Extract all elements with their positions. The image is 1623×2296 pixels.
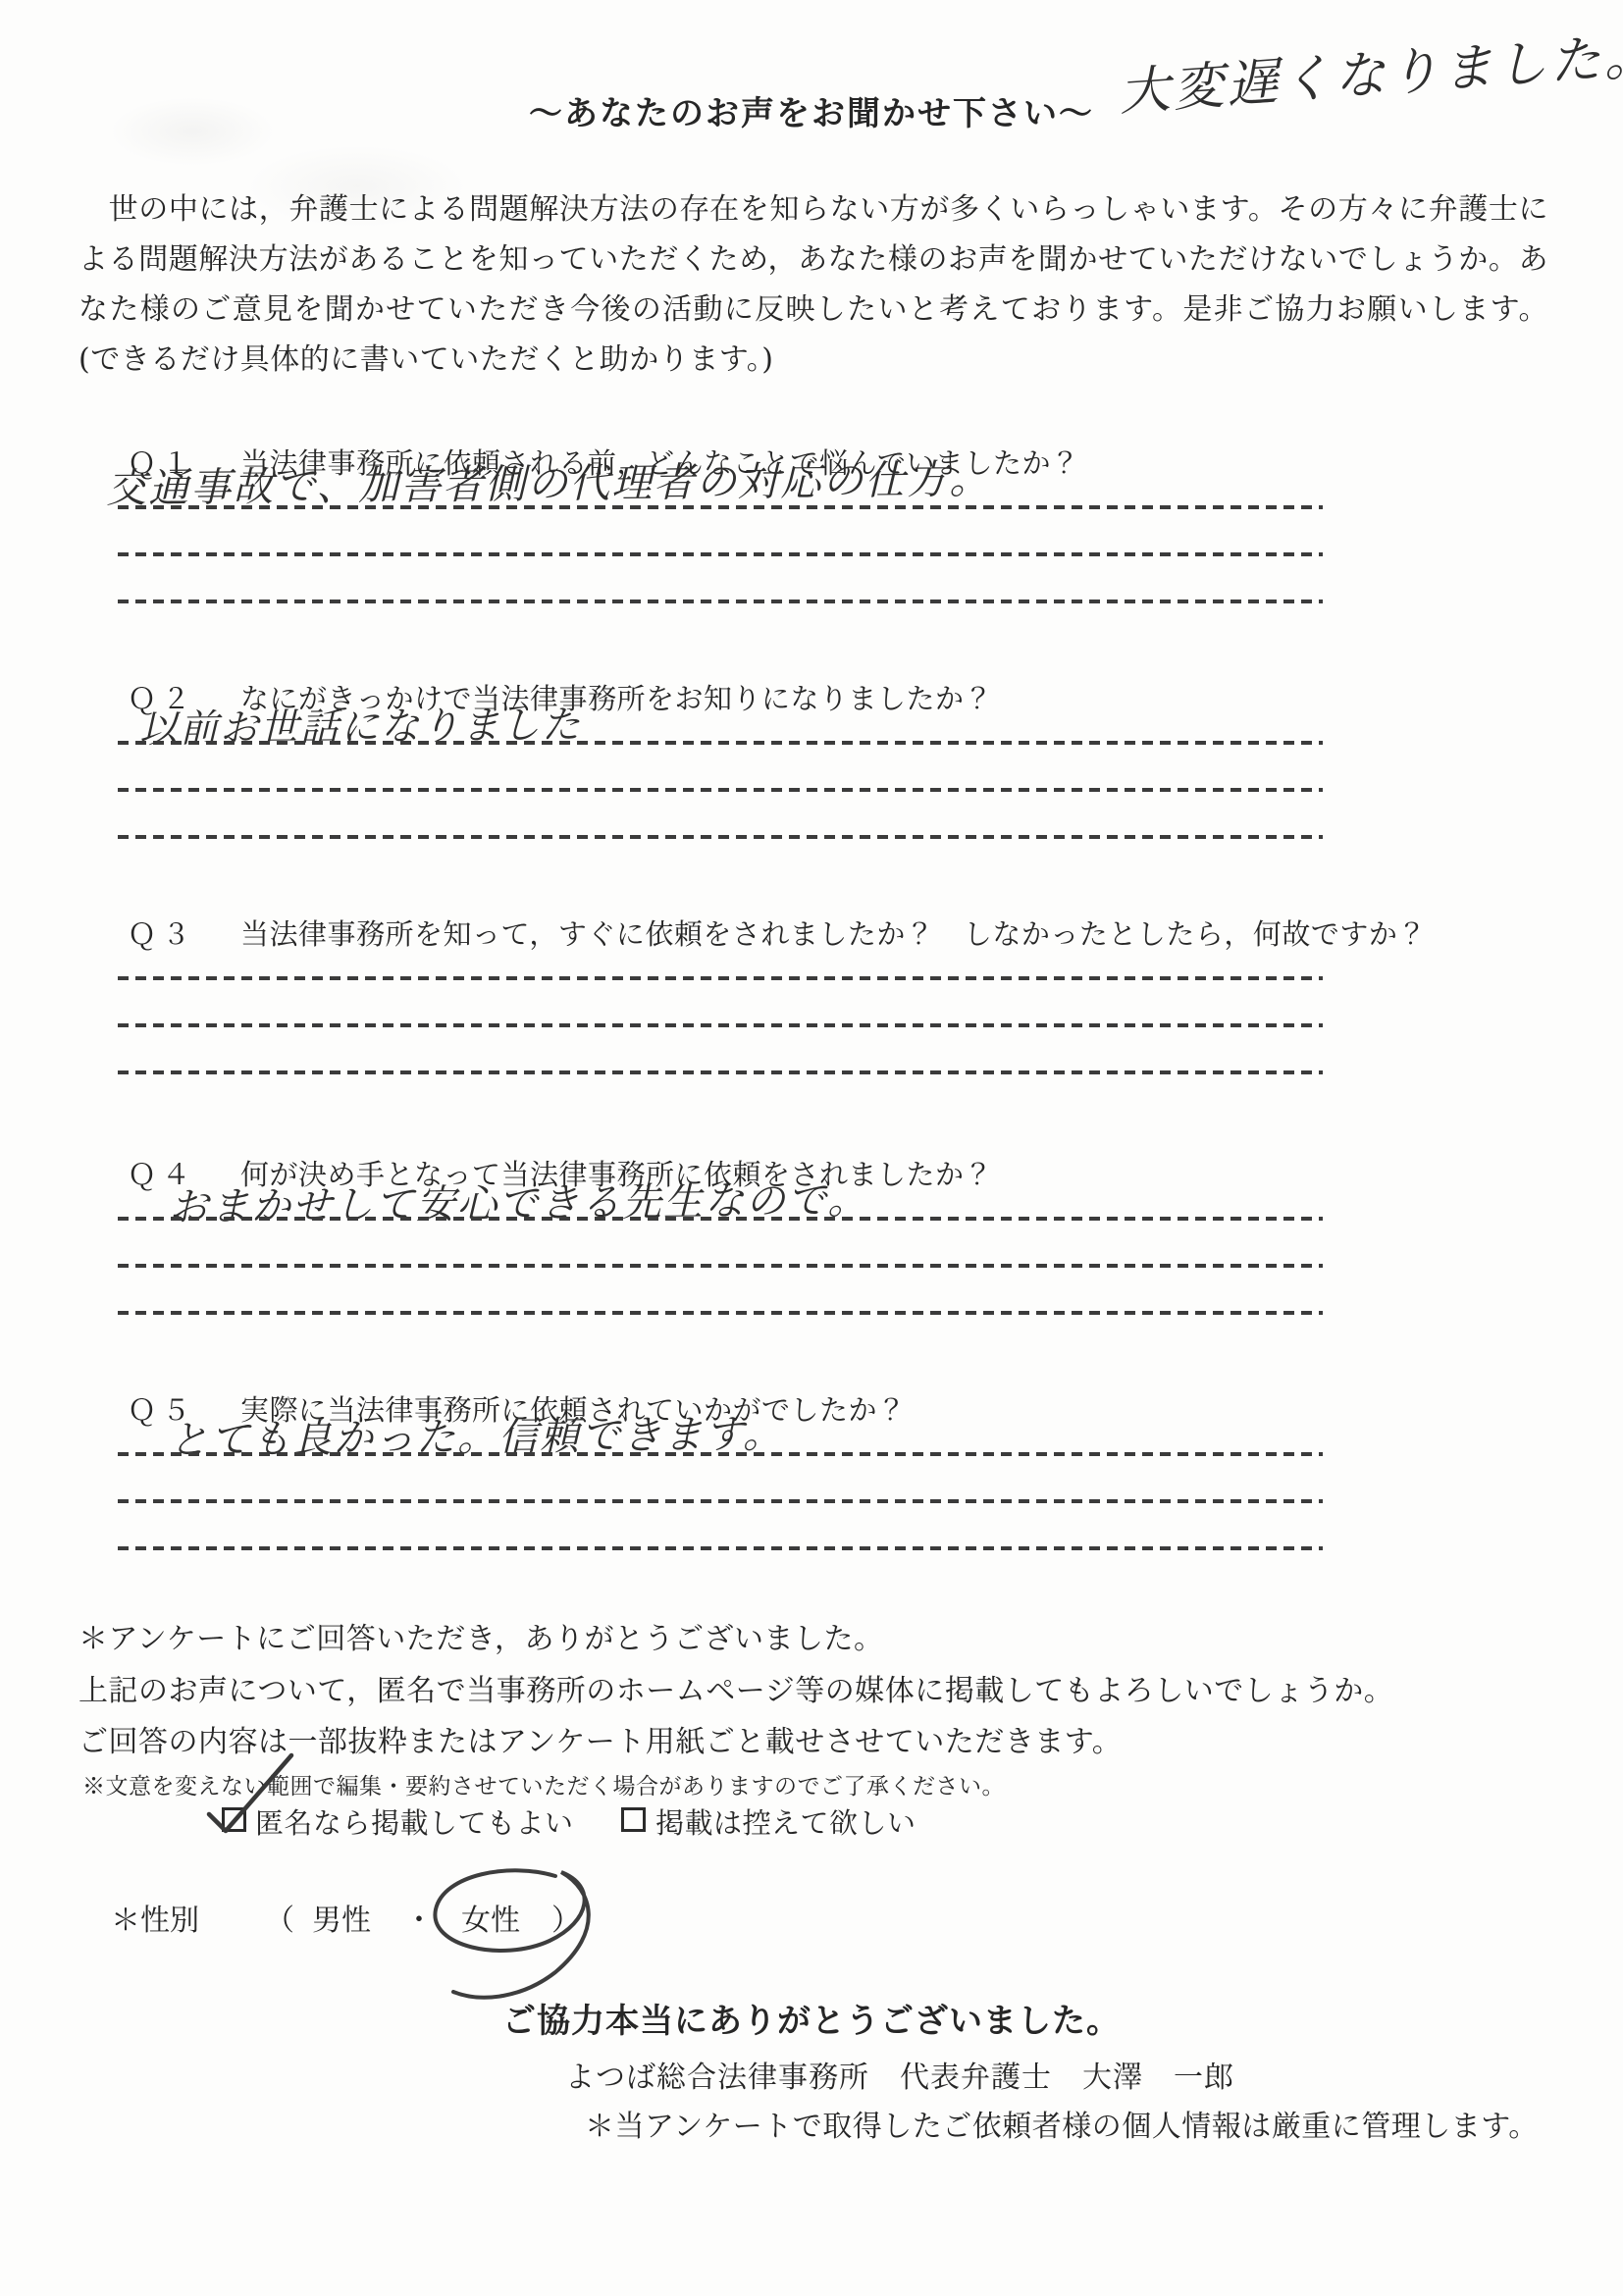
answer-line [118, 505, 1323, 509]
checkbox-anonymous-publish-ok[interactable] [222, 1807, 246, 1832]
answer-line [118, 1546, 1323, 1550]
handwritten-answer-q4: おまかせして安心できる先生なので。 [169, 1169, 869, 1231]
question-label-q3: Ｑ３ [128, 913, 196, 953]
answer-line [118, 1264, 1323, 1268]
closing-edit-note: ※文意を変えない範囲で編集・要約させていただく場合がありますのでご了承ください。 [82, 1768, 1005, 1800]
answer-line [118, 1023, 1323, 1027]
footer-thanks: ご協力本当にありがとうございました。 [0, 1994, 1623, 2042]
question-block-q5: Ｑ５ 実際に当法律事務所に依頼されていかがでしたか？ とても良かった。信頼できま… [0, 1388, 1623, 1614]
closing-usage-line: ご回答の内容は一部抜粋またはアンケート用紙ごと載せさせていただきます。 [79, 1717, 1122, 1760]
gender-row: ＊性別 （ 男性 ・ 女性 ） [0, 1896, 1623, 1955]
gender-label: ＊性別 [111, 1896, 199, 1939]
closing-thanks-line: ＊アンケートにご回答いただき，ありがとうございました。 [79, 1614, 884, 1657]
handwritten-answer-q1: 交通事故で、加害者側の代理者の対応の仕方。 [106, 446, 992, 513]
answer-line [118, 741, 1323, 745]
answer-line [118, 1217, 1323, 1221]
answer-line [118, 788, 1323, 792]
gender-separator: ・ [404, 1896, 434, 1939]
footer-firm-name: よつば総合法律事務所 代表弁護士 大澤 一郎 [565, 2053, 1234, 2096]
gender-open-paren: （ [265, 1896, 294, 1939]
intro-paragraph: 世の中には，弁護士による問題解決方法の存在を知らない方が多くいらっしゃいます。そ… [79, 184, 1548, 385]
answer-line [118, 835, 1323, 839]
footer-privacy-note: ＊当アンケートで取得したご依頼者様の個人情報は厳重に管理します。 [585, 2102, 1539, 2145]
checkbox-anonymous-publish-ok-label: 匿名なら掲載してもよい [255, 1801, 574, 1842]
answer-line [118, 1499, 1323, 1503]
answer-line [118, 1070, 1323, 1074]
answer-line [118, 976, 1323, 980]
question-block-q3: Ｑ３ 当法律事務所を知って，すぐに依頼をされましたか？ しなかったとしたら，何故… [0, 913, 1623, 1138]
answer-line [118, 1452, 1323, 1456]
closing-permission-line: 上記のお声について，匿名で当事務所のホームページ等の媒体に掲載してもよろしいでし… [79, 1666, 1393, 1709]
answer-line [118, 552, 1323, 556]
gender-option-female[interactable]: 女性 [461, 1896, 520, 1939]
gender-close-paren: ） [551, 1896, 581, 1939]
handwritten-answer-q2: 以前お世話になりました [139, 695, 583, 755]
answer-line [118, 600, 1323, 603]
answer-line [118, 1311, 1323, 1315]
checkbox-no-publish[interactable] [621, 1807, 646, 1832]
publication-choice-row: 匿名なら掲載してもよい 掲載は控えて欲しい [0, 1801, 1623, 1860]
question-text-q3: 当法律事務所を知って，すぐに依頼をされましたか？ しなかったとしたら，何故ですか… [240, 913, 1427, 953]
checkbox-no-publish-label: 掲載は控えて欲しい [655, 1801, 916, 1842]
survey-page: ～あなたのお声をお聞かせ下さい～ 大変遅くなりました。 世の中には，弁護士による… [0, 0, 1623, 2296]
question-block-q2: Ｑ２ なにがきっかけで当法律事務所をお知りになりましたか？ 以前お世話になりまし… [0, 677, 1623, 903]
question-block-q1: Ｑ１ 当法律事務所に依頼される前，どんなことで悩んでいましたか？ 交通事故で、加… [0, 442, 1623, 667]
question-block-q4: Ｑ４ 何が決め手となって当法律事務所に依頼をされましたか？ おまかせして安心でき… [0, 1153, 1623, 1379]
gender-option-male[interactable]: 男性 [312, 1896, 371, 1939]
